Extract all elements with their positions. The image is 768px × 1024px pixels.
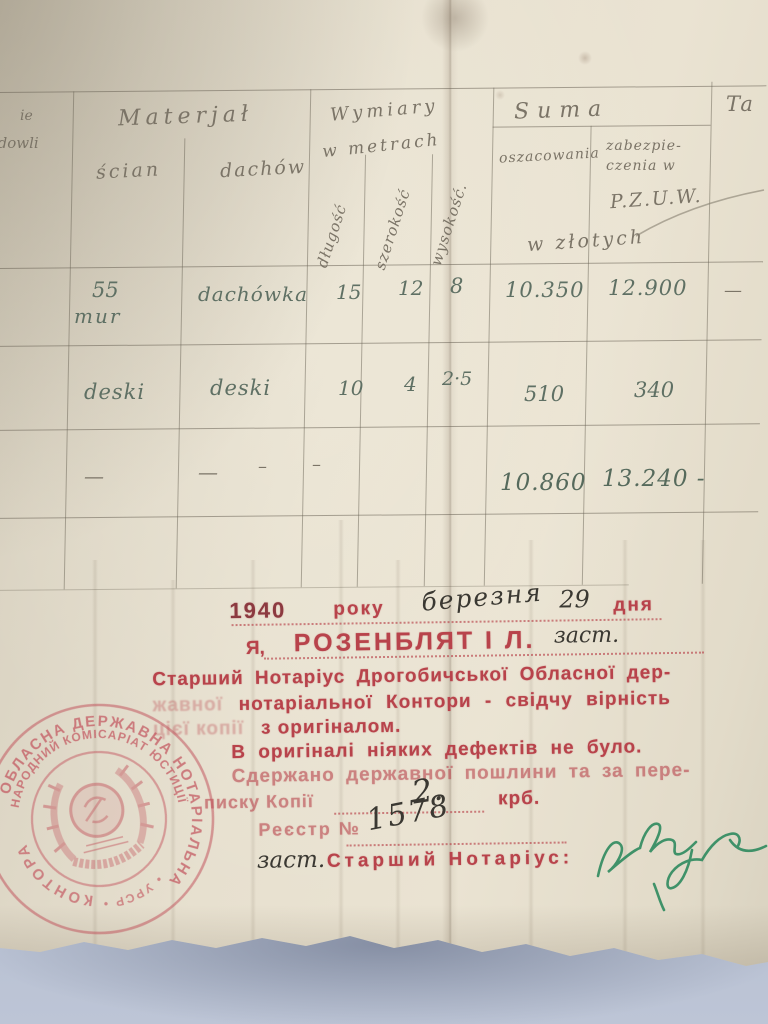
photo-background: ie udowli Materjał ścian dachów Wymiary … <box>0 0 768 1024</box>
stamp-roku-label: року <box>333 598 385 621</box>
stamp-ya: Я, <box>246 638 265 660</box>
seal-coat-of-arms <box>37 763 162 876</box>
stamp-line5: Сдержано державної пошлини та за пере- <box>232 760 691 788</box>
handwritten-zast: заст. <box>554 623 620 649</box>
stamp-dnia-label: дня <box>613 594 654 617</box>
stamp-registry-label: Реєстр № <box>258 818 361 840</box>
stamp-closing-title: Старший Нотаріус: <box>327 847 574 872</box>
stamp-line2: нотаріальної Контори - свідчу вірність <box>239 688 671 716</box>
handwritten-month: березня <box>420 578 544 617</box>
stamp-line3: з оригіналом. <box>261 716 402 740</box>
handwritten-zast2: заст. <box>257 847 326 874</box>
stamp-year: 1940 <box>229 597 286 624</box>
handwritten-day: 29 <box>559 585 590 613</box>
handwritten-registry-number: 1578 <box>364 788 453 838</box>
seal-outer-bottom-text: КОНТОРА <box>12 828 98 924</box>
stamp-line1: Старший Нотаріус Дрогобичської Обласної … <box>152 662 671 691</box>
notary-signature <box>580 798 768 924</box>
document-paper: ie udowli Materjał ścian dachów Wymiary … <box>0 0 768 1024</box>
stamp-line4: В оригіналі ніяких дефектів не було. <box>231 736 642 764</box>
svg-text:КОНТОРА: КОНТОРА <box>12 828 98 924</box>
stamp-krb-label: крб. <box>498 788 540 811</box>
dotted-rule <box>347 841 567 846</box>
